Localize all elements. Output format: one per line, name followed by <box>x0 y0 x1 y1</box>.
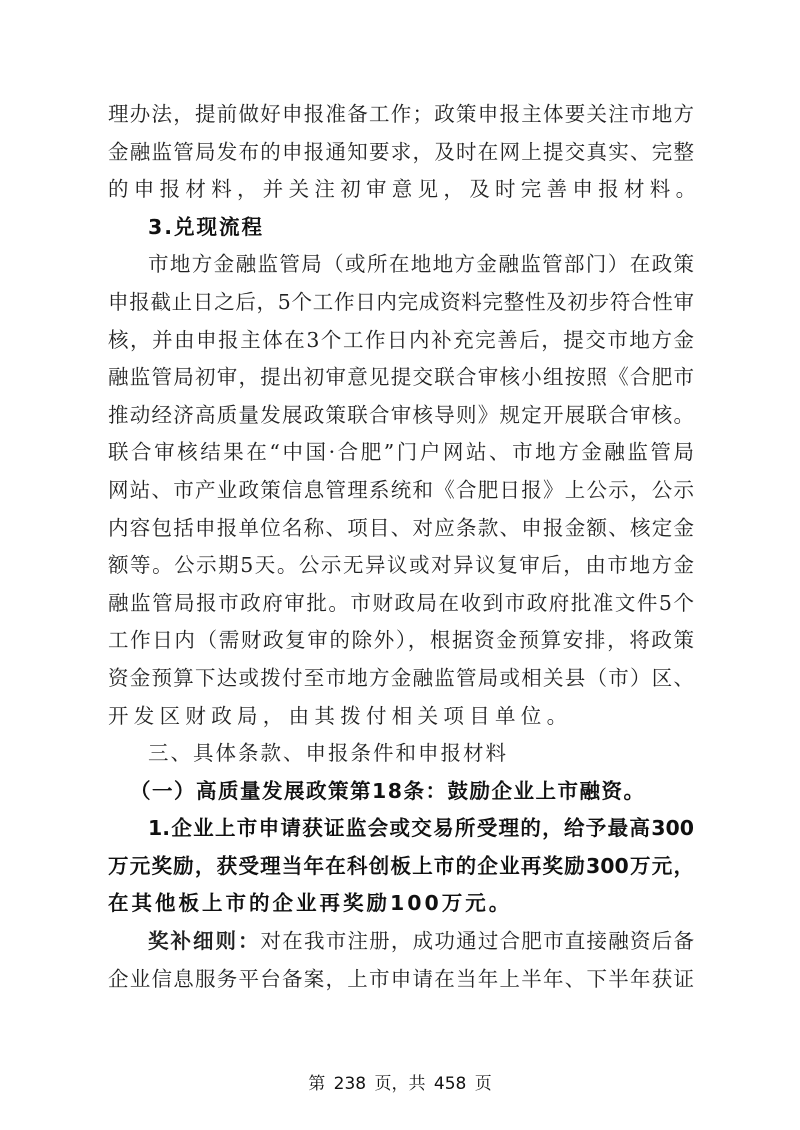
text-line: 企业信息服务平台备案，上市申请在当年上半年、下半年获证 <box>108 961 694 999</box>
page-number-footer: 第 238 页，共 458 页 <box>0 1069 800 1094</box>
section-subheading: 3.兑现流程 <box>108 209 698 247</box>
text-line: 额等。公示期5天。公示无异议或对异议复审后，由市地方金 <box>108 547 694 585</box>
text-line: 开发区财政局，由其拨付相关项目单位。 <box>108 698 698 736</box>
policy-clause-heading: （一）高质量发展政策第18条：鼓励企业上市融资。 <box>108 773 698 811</box>
text-line: 理办法，提前做好申报准备工作；政策申报主体要关注市地方 <box>108 96 694 134</box>
text-line: 网站、市产业政策信息管理系统和《合肥日报》上公示，公示 <box>108 472 694 510</box>
section-heading: 三、具体条款、申报条件和申报材料 <box>108 735 698 773</box>
body-text: 理办法，提前做好申报准备工作；政策申报主体要关注市地方 金融监管局发布的申报通知… <box>108 96 698 998</box>
bold-text-line: 1.企业上市申请获证监会或交易所受理的，给予最高300 <box>108 810 694 848</box>
bold-text-line: 在其他板上市的企业再奖励100万元。 <box>108 885 698 923</box>
text-line: 联合审核结果在“中国·合肥”门户网站、市地方金融监管局 <box>108 434 694 472</box>
text-line: 融监管局初审，提出初审意见提交联合审核小组按照《合肥市 <box>108 359 694 397</box>
text-line: 金融监管局发布的申报通知要求，及时在网上提交真实、完整 <box>108 134 694 172</box>
bold-text-line: 万元奖励，获受理当年在科创板上市的企业再奖励300万元， <box>108 848 694 886</box>
text-line: 对在我市注册，成功通过合肥市直接融资后备 <box>261 923 695 961</box>
text-line: 融监管局报市政府审批。市财政局在收到市政府批准文件5个 <box>108 585 694 623</box>
text-line: 推动经济高质量发展政策联合审核导则》规定开展联合审核。 <box>108 397 694 435</box>
text-line: 市地方金融监管局（或所在地地方金融监管部门）在政策 <box>108 246 694 284</box>
text-line: 核，并由申报主体在3个工作日内补充完善后，提交市地方金 <box>108 322 694 360</box>
text-line: 资金预算下达或拨付至市地方金融监管局或相关县（市）区、 <box>108 660 694 698</box>
reward-detail-label: 奖补细则： <box>148 923 261 961</box>
text-line-with-label: 奖补细则： 对在我市注册，成功通过合肥市直接融资后备 <box>108 923 694 961</box>
document-page: 理办法，提前做好申报准备工作；政策申报主体要关注市地方 金融监管局发布的申报通知… <box>0 0 800 1130</box>
text-line: 工作日内（需财政复审的除外），根据资金预算安排，将政策 <box>108 622 694 660</box>
text-line: 内容包括申报单位名称、项目、对应条款、申报金额、核定金 <box>108 510 694 548</box>
text-line: 申报截止日之后，5个工作日内完成资料完整性及初步符合性审 <box>108 284 694 322</box>
text-line: 的申报材料，并关注初审意见，及时完善申报材料。 <box>108 171 698 209</box>
